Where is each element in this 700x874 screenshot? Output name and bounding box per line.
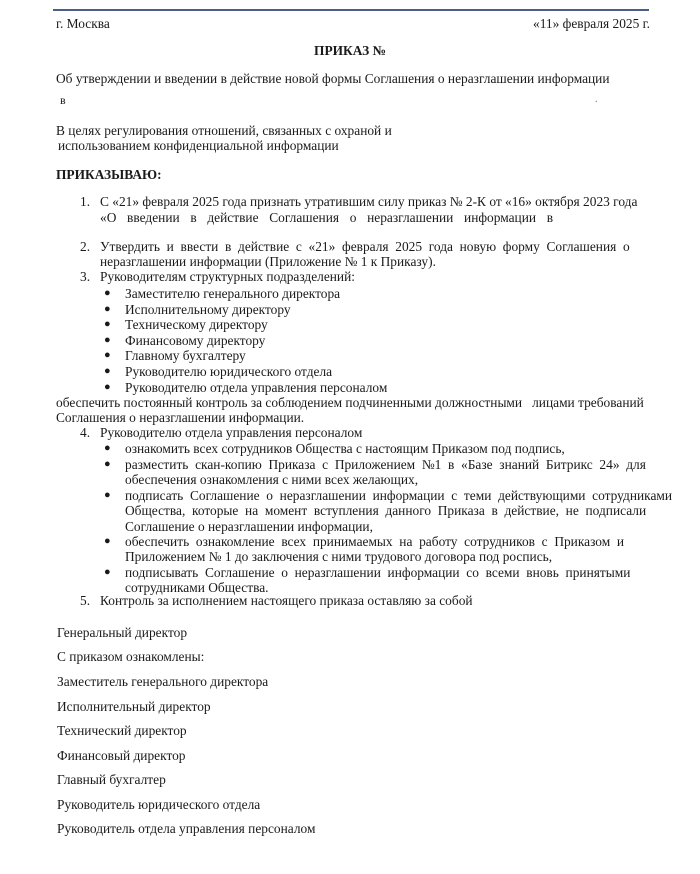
bullet-item: Техническому директору (125, 317, 268, 333)
bullet-icon: ● (104, 488, 111, 504)
acquainted-person: Технический директор (57, 723, 187, 739)
purpose-line-1: В целях регулирования отношений, связанн… (56, 123, 392, 139)
bullet-item: Исполнительному директору (125, 302, 291, 318)
bullet-item-line: обеспечить ознакомление всех принимаемых… (125, 534, 624, 550)
item-number: 5. (80, 593, 90, 609)
bullet-icon: ● (104, 333, 111, 349)
item-text-line: Утвердить и ввести в действие с «21» фев… (100, 239, 630, 255)
item-number: 2. (80, 239, 90, 255)
bullet-item-line: обеспечения ознакомления с ними всех жел… (125, 472, 418, 488)
acquainted-person: Руководитель юридического отдела (57, 797, 260, 813)
item-number: 4. (80, 425, 90, 441)
bullet-item: Руководителю отдела управления персонало… (125, 380, 387, 396)
bullet-item-line: ознакомить всех сотрудников Общества с н… (125, 441, 565, 457)
item-text-line: неразглашении информации (Приложение № 1… (100, 254, 436, 270)
item-text-line: Руководителям структурных подразделений: (100, 269, 355, 285)
bullet-icon: ● (104, 348, 111, 364)
acquainted-person: Руководитель отдела управления персонало… (57, 821, 315, 837)
subject-line-1: Об утверждении и введении в действие нов… (56, 71, 610, 87)
item-number: 1. (80, 194, 90, 210)
acquainted-person: Финансовый директор (57, 748, 186, 764)
document-date: «11» февраля 2025 г. (533, 16, 650, 32)
bullet-item: Заместителю генерального директора (125, 286, 340, 302)
bullet-icon: ● (104, 534, 111, 550)
bullet-item: Главному бухгалтеру (125, 348, 246, 364)
bullet-icon: ● (104, 302, 111, 318)
item-3-after-line: обеспечить постоянный контроль за соблюд… (56, 395, 644, 411)
bullet-item-line: Общества, которые на момент вступления д… (125, 503, 646, 519)
bullet-item-line: Соглашение о неразглашении информации, (125, 519, 373, 535)
item-text-line: Контроль за исполнением настоящего прика… (100, 593, 473, 609)
item-3-after-line: Соглашения о неразглашении информации. (56, 410, 304, 426)
item-number: 3. (80, 269, 90, 285)
acquainted-heading: С приказом ознакомлены: (57, 649, 204, 665)
document-title: ПРИКАЗ № (0, 43, 700, 59)
bullet-icon: ● (104, 441, 111, 457)
subject-trailing-mark: . (595, 92, 598, 108)
bullet-icon: ● (104, 364, 111, 380)
bullet-item: Финансовому директору (125, 333, 265, 349)
bullet-item: Руководителю юридического отдела (125, 364, 332, 380)
acquainted-person: Главный бухгалтер (57, 772, 166, 788)
item-text-line: С «21» февраля 2025 года признать утрати… (100, 194, 637, 210)
item-text-line: Руководителю отдела управления персонало… (100, 425, 362, 441)
subject-line-2: в (60, 93, 66, 109)
bullet-icon: ● (104, 380, 111, 396)
purpose-line-2: использованием конфиденциальной информац… (58, 138, 339, 154)
bullet-icon: ● (104, 457, 111, 473)
city: г. Москва (56, 16, 110, 32)
acquainted-person: Исполнительный директор (57, 699, 211, 715)
bullet-item-line: Приложением № 1 до заключения с ними тру… (125, 549, 552, 565)
bullet-icon: ● (104, 317, 111, 333)
bullet-item-line: разместить скан-копию Приказа с Приложен… (125, 457, 646, 473)
header-rule (53, 9, 649, 11)
item-text-line: «О введении в действие Соглашения о нера… (100, 210, 553, 226)
order-heading: ПРИКАЗЫВАЮ: (56, 167, 162, 183)
acquainted-person: Заместитель генерального директора (57, 674, 268, 690)
bullet-item-line: подписать Соглашение о неразглашении инф… (125, 488, 672, 504)
bullet-icon: ● (104, 565, 111, 581)
bullet-icon: ● (104, 286, 111, 302)
director-signature: Генеральный директор (57, 625, 187, 641)
bullet-item-line: подписывать Соглашение о неразглашении и… (125, 565, 630, 581)
